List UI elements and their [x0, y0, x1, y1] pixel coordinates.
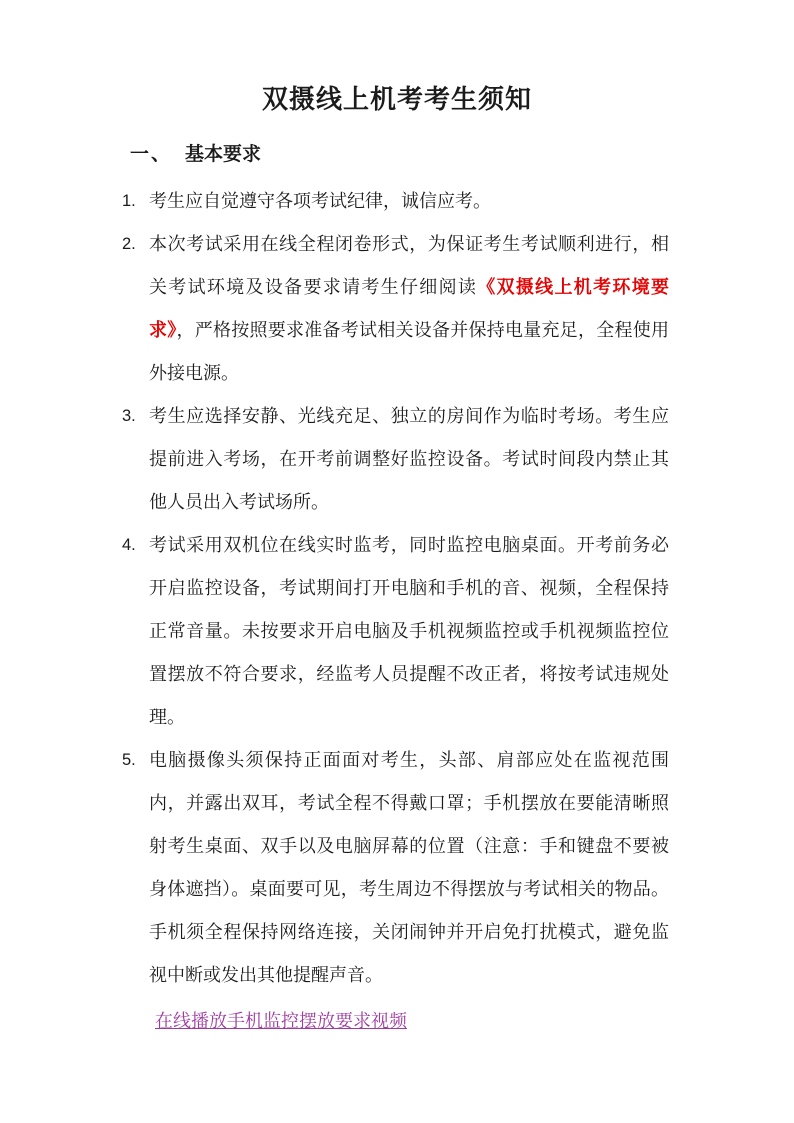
list-item-5: 5. 电脑摄像头须保持正面面对考生，头部、肩部应处在监视范围内，并露出双耳，考试… [122, 739, 669, 997]
section-label: 基本要求 [185, 144, 261, 165]
list-item-1: 1. 考生应自觉遵守各项考试纪律，诚信应考。 [122, 180, 669, 223]
list-item-4-number: 4. [122, 524, 136, 567]
list-item-3-number: 3. [122, 395, 136, 438]
list-item-3: 3. 考生应选择安静、光线充足、独立的房间作为临时考场。考生应提前进入考场，在开… [122, 395, 669, 524]
list-item-2-number: 2. [122, 223, 136, 266]
list-item-5-number: 5. [122, 739, 136, 782]
phone-monitoring-video-link[interactable]: 在线播放手机监控摆放要求视频 [155, 1000, 407, 1043]
section-heading: 一、基本要求 [130, 141, 794, 168]
list-item-4: 4. 考试采用双机位在线实时监考，同时监控电脑桌面。开考前务必开启监控设备，考试… [122, 524, 669, 739]
list-item-2-text: 本次考试采用在线全程闭卷形式，为保证考生考试顺利进行，相关考试环境及设备要求请考… [149, 234, 669, 383]
numbered-list: 1. 考生应自觉遵守各项考试纪律，诚信应考。 2. 本次考试采用在线全程闭卷形式… [122, 180, 669, 997]
document-page: 双摄线上机考考生须知 一、基本要求 1. 考生应自觉遵守各项考试纪律，诚信应考。… [0, 0, 794, 1123]
list-item-2: 2. 本次考试采用在线全程闭卷形式，为保证考生考试顺利进行，相关考试环境及设备要… [122, 223, 669, 395]
list-item-1-number: 1. [122, 180, 136, 223]
list-item-4-text: 考试采用双机位在线实时监考，同时监控电脑桌面。开考前务必开启监控设备，考试期间打… [149, 535, 669, 727]
list-item-2-text-after: ，严格按照要求准备考试相关设备并保持电量充足，全程使用外接电源。 [149, 320, 669, 383]
list-item-5-text: 电脑摄像头须保持正面面对考生，头部、肩部应处在监视范围内，并露出双耳，考试全程不… [149, 750, 669, 985]
list-item-1-text: 考生应自觉遵守各项考试纪律，诚信应考。 [149, 191, 491, 211]
page-title: 双摄线上机考考生须知 [0, 0, 794, 118]
section-number: 一、 [130, 144, 172, 165]
list-item-3-text: 考生应选择安静、光线充足、独立的房间作为临时考场。考生应提前进入考场，在开考前调… [149, 406, 669, 512]
